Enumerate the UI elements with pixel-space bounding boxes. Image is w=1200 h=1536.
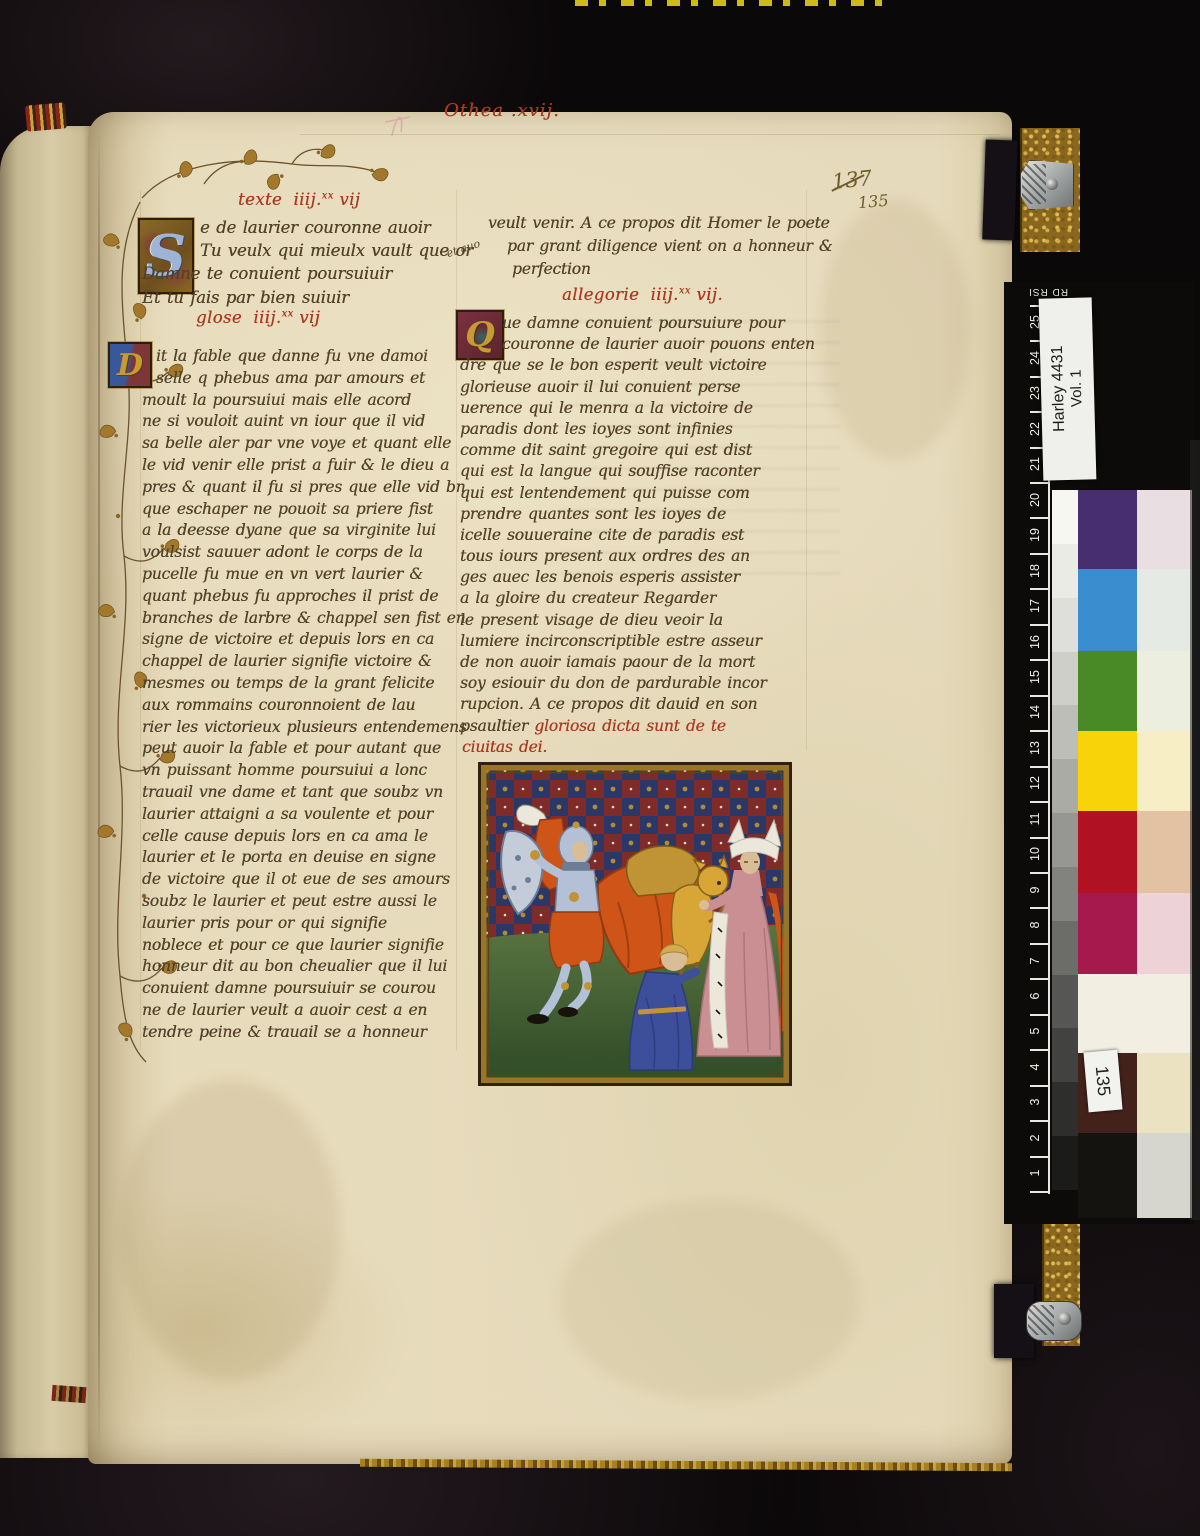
clasp-screw [1058,1312,1071,1325]
text-line: soubz le laurier et peut estre aussi le [142,892,464,914]
text-line: Damne te conuient poursuiuir [142,264,472,287]
text-line: veult venir. A ce propos dit Homer le po… [488,214,818,237]
frame-edge-sliver [1190,440,1200,1220]
ruler-number: 16 [1028,628,1044,656]
patch-red-pastel [1137,811,1192,893]
grayscale-wedge [1052,490,1078,1190]
text-line: celle cause depuis lors en ca ama le [142,827,464,849]
patch-green-pastel [1137,651,1192,731]
parchment-stain [820,200,970,460]
glose-continuation-lines: veult venir. A ce propos dit Homer le po… [488,214,818,283]
ruler-tick [1030,482,1050,484]
grayscale-step-3 [1052,598,1078,652]
ruler-number: 10 [1028,840,1044,868]
grayscale-step-7 [1052,813,1078,867]
text-line: it la fable que danne fu vne damoi [142,347,464,369]
allegorie-text-lines: ue damne conuient poursuiure pourcouronn… [460,314,812,717]
ruler-number: 17 [1028,592,1044,620]
grayscale-step-9 [1052,921,1078,975]
latin-quotation-red-2: ciuitas dei. [462,738,547,756]
text-line: honneur dit au bon cheualier que il lui [142,957,464,979]
texte-verse-lines: e de laurier couronne auoirTu veulx qui … [142,218,472,311]
text-line: conuient damne poursuiuir se courou [142,979,464,1001]
text-line: qui est lentendement qui puisse com [460,484,812,505]
ruler-number: 18 [1028,557,1044,585]
text-line: aux rommains couronnoient de lau [142,696,464,718]
text-line: comme dit saint gregoire qui est dist [460,441,812,462]
text-line: prendre quantes sont les ioyes de [460,505,812,526]
ruler-tick [1030,1120,1050,1122]
rubric-rest: vij [334,190,361,209]
ruler-number: 12 [1028,769,1044,797]
psaultier-line: psaultier gloriosa dicta sunt de te [460,717,726,735]
patch-black [1078,1133,1137,1218]
ruler-number: 15 [1028,663,1044,691]
ruler-number: 11 [1028,805,1044,833]
ruler-number: 7 [1028,947,1044,975]
rubric-rest: vij. [691,285,723,304]
text-line: ue damne conuient poursuiure pour [460,314,812,335]
ruler-tick [1030,1014,1050,1016]
clasp-screw [1046,178,1058,190]
text-line: voulsist sauuer adont le corps de la [142,543,464,565]
text-line: paradis dont les ioyes sont infinies [460,420,812,441]
patch-row-green [1078,651,1192,731]
grayscale-step-1 [1052,490,1078,544]
rubric-allegorie: allegorie iiij.xx vij. [562,285,723,304]
ruler-number: 19 [1028,521,1044,549]
grayscale-step-10 [1052,975,1078,1029]
text-line: Tu veulx qui mieulx vault que or [142,241,472,264]
ruler-tick [1030,695,1050,697]
ruler-number: 9 [1028,876,1044,904]
folio-sticker-text: 135 [1083,1050,1122,1113]
ruler-number: 13 [1028,734,1044,762]
folio-sticker: 135 [1083,1050,1122,1113]
endband-top [25,102,67,131]
ruler-tick [1030,907,1050,909]
patch-yellow-pastel [1137,731,1192,811]
ruler-tick [1030,801,1050,803]
text-line: le present visage de dieu veoir la [460,611,812,632]
text-line: glorieuse auoir il lui conuient perse [460,378,812,399]
text-line: laurier pris pour or qui signifie [142,914,464,936]
miniature-illustration [478,762,792,1086]
text-line: noblece et pour ce que laurier signifie [142,936,464,958]
patch-yellow [1078,731,1137,811]
glose-text-lines: it la fable que danne fu vne damoiselle … [142,347,464,1045]
patch-row-white [1078,974,1192,1053]
patch-row-blue [1078,569,1192,651]
rubric-num: iiij. [253,308,281,327]
rubric-word: allegorie [562,285,639,304]
rubric-texte: texte iiij.xx vij [238,190,360,209]
text-line: moult la poursuiui mais elle acord [142,391,464,413]
ruler-number: 21 [1028,450,1044,478]
text-line: e de laurier couronne auoir [142,218,472,241]
rubric-num: iiij. [293,190,321,209]
patch-blue [1078,569,1137,651]
text-line: ne de laurier veult a auoir cest a en [142,1001,464,1023]
shelfmark-label-text: Harley 4431 Vol. 1 [1039,297,1097,479]
text-line: perfection [488,260,818,283]
ruler-tick [1030,943,1050,945]
text-line: soy esiouir du don de pardurable incor [460,674,812,695]
ruler-number: 8 [1028,911,1044,939]
shelfmark-label: Harley 4431 Vol. 1 [1039,297,1097,480]
latin-quotation-red: gloriosa dicta sunt de te [534,717,726,735]
text-line: le vid venir elle prist a fuir & le dieu… [142,456,464,478]
text-line: rier les victorieux plusieurs entendemen… [142,718,464,740]
grayscale-step-8 [1052,867,1078,921]
grayscale-step-13 [1052,1136,1078,1190]
text-line: peut auoir la fable et pour autant que [142,739,464,761]
text-line: a la gloire du createur Regarder [460,589,812,610]
rubric-sup: xx [679,286,691,297]
text-line: branches de larbre & chappel sen fist en [142,609,464,631]
text-line: que eschaper ne pouoit sa priere fist [142,500,464,522]
photographed-manuscript: Othea .xvij. 137 135 [0,0,1200,1536]
text-line: tendre peine & trauail se a honneur [142,1023,464,1045]
ruler-number: 20 [1028,486,1044,514]
clasp-ridges [1022,164,1046,204]
ruler-header-text: RD RSI [1018,286,1078,297]
text-line: ges auec les benois esperis assister [460,568,812,589]
ruler-tick [1030,517,1050,519]
text-line: laurier attaigni a sa voulente et pour [142,805,464,827]
parchment-stain [120,1080,340,1380]
grayscale-step-4 [1052,652,1078,706]
text-line: selle q phebus ama par amours et [142,369,464,391]
text-line: trauail vne dame et tant que soubz vn [142,783,464,805]
ruler-tick [1030,766,1050,768]
ruler-tick [1030,553,1050,555]
rubric-sup: xx [322,191,334,202]
text-line: dre que se le bon esperit veult victoire [460,356,812,377]
patch-row-red [1078,811,1192,893]
rubric-word: texte [238,190,282,209]
ruler-tick [1030,837,1050,839]
text-line: couronne de laurier auoir pouons enten [460,335,812,356]
folio-number-new: 135 [857,191,889,213]
text-line: laurier et le porta en deuise en signe [142,848,464,870]
ruler-tick [1030,1156,1050,1158]
shelfmark-line1: Harley 4431 [1049,345,1070,432]
shelfmark-line2: Vol. 1 [1068,369,1086,407]
ruler-tick [1030,872,1050,874]
patch-purple-pastel [1137,490,1192,569]
ruler-tick [1030,624,1050,626]
ruler-tick [1030,588,1050,590]
text-line: chappel de laurier signifie victoire & [142,652,464,674]
patch-green [1078,651,1137,731]
ruler-tick [1030,1049,1050,1051]
text-line: mesmes ou temps de la grant felicite [142,674,464,696]
film-edge-marks-icon [575,0,890,6]
text-line: qui est la langue qui souffise raconter [460,462,812,483]
patch-white [1078,974,1192,1053]
endband-bottom [51,1385,86,1403]
ruler-tick [1030,659,1050,661]
patch-row-black [1078,1133,1192,1218]
text-line: a la deesse dyane que sa virginite lui [142,521,464,543]
grayscale-step-5 [1052,705,1078,759]
clasp-strap-top [982,139,1017,240]
text-line: lumiere incirconscriptible estre asseur [460,632,812,653]
patch-purple [1078,490,1137,569]
text-line: quant phebus fu approches il prist de [142,587,464,609]
text-line: de non auoir iamais paour de la mort [460,653,812,674]
ruler-tick [1030,978,1050,980]
rubric-num: iiij. [650,285,678,304]
grayscale-step-11 [1052,1028,1078,1082]
ruler-number: 1 [1028,1159,1044,1187]
running-title: Othea .xvij. [444,100,560,121]
text-line: par grant diligence vient on a honneur & [488,237,818,260]
clasp-ridges [1028,1305,1054,1335]
patch-row-yellow [1078,731,1192,811]
patch-blue-pastel [1137,569,1192,651]
patch-row-purple [1078,490,1192,569]
text-line: uerence qui le menra a la victoire de [460,399,812,420]
rubric-glose: glose iiij.xx vij [196,308,320,327]
ruler-number: 5 [1028,1017,1044,1045]
ruler-number: 14 [1028,698,1044,726]
patch-row-magenta [1078,893,1192,974]
ruler-number: 3 [1028,1088,1044,1116]
rubric-rest: vij [294,308,321,327]
text-line: tous iours present aux ordres des an [460,547,812,568]
text-line: rupcion. A ce propos dit dauid en son [460,695,812,716]
patch-magenta [1078,893,1137,974]
patch-black-pastel [1137,1133,1192,1218]
ruler-number: 4 [1028,1053,1044,1081]
patch-brown-pastel [1137,1053,1192,1133]
grayscale-step-6 [1052,759,1078,813]
text-line: sa belle aler par vne voye et quant elle [142,434,464,456]
rubric-sup: xx [282,309,294,320]
psaultier-word: psaultier [460,717,534,735]
rubric-word: glose [196,308,242,327]
grayscale-step-12 [1052,1082,1078,1136]
text-line: pres & quant il fu si pres que elle vid … [142,478,464,500]
page-edge-stack [0,126,94,1458]
ruler-number: 6 [1028,982,1044,1010]
text-line: de victoire que il ot eue de ses amours [142,870,464,892]
text-line: ne si vouloit auint vn iour que il vid [142,412,464,434]
ruler-tick [1030,730,1050,732]
text-line: vn puissant homme poursuiui a lonc [142,761,464,783]
text-line: pucelle fu mue en vn vert laurier & [142,565,464,587]
parchment-stain [560,1200,860,1400]
patch-red [1078,811,1137,893]
ruler-tick [1030,1191,1050,1193]
ruler-number: 2 [1028,1124,1044,1152]
grayscale-step-2 [1052,544,1078,598]
text-line: signe de victoire et depuis lors en ca [142,630,464,652]
patch-magenta-pastel [1137,893,1192,974]
text-line: icelle souueraine cite de paradis est [460,526,812,547]
ruler-tick [1030,1085,1050,1087]
